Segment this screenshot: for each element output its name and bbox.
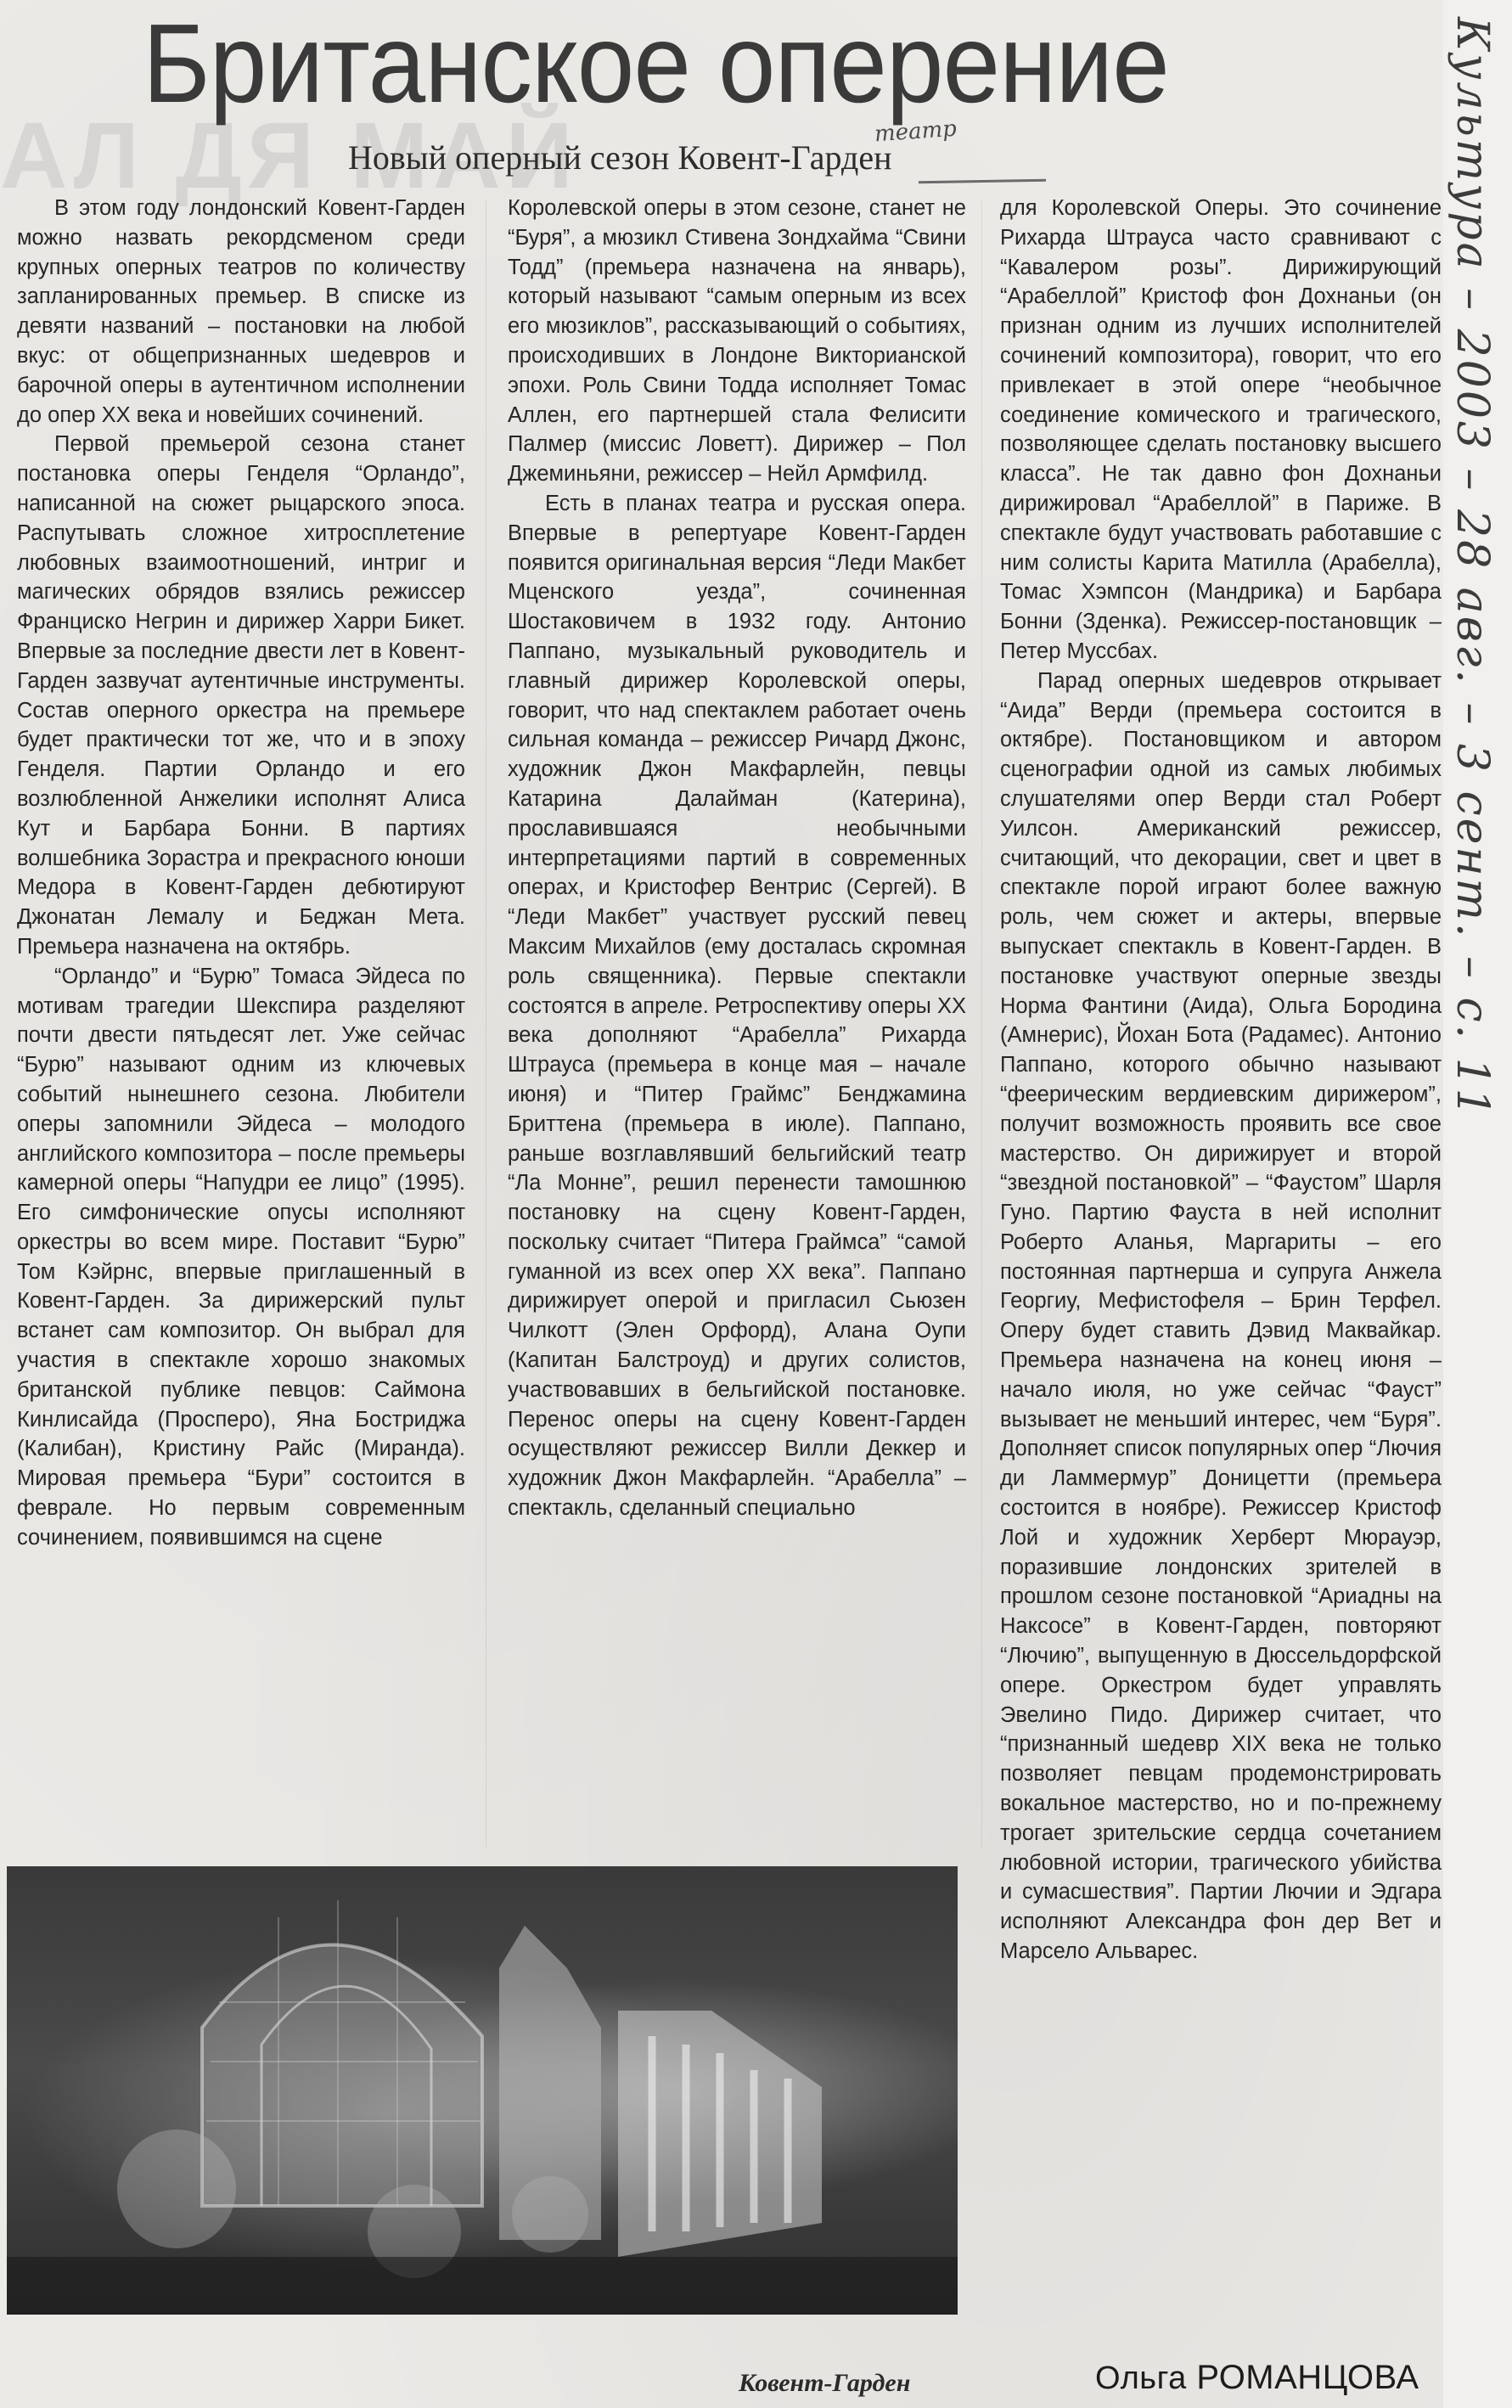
- opera-house-illustration: [7, 1866, 958, 2315]
- column-divider: [486, 200, 486, 1848]
- paragraph: Парад оперных шедевров открывает “Аида” …: [1000, 667, 1442, 1966]
- paragraph: В этом году лондонский Ковент-Гарден мож…: [17, 194, 465, 430]
- paragraph: для Королевской Оперы. Это сочинение Рих…: [1000, 194, 1442, 667]
- article-column-1: В этом году лондонский Ковент-Гарден мож…: [17, 194, 465, 1553]
- newspaper-clipping: АЛ ДЯ МАЙ Британское оперение театр Новы…: [0, 0, 1443, 2408]
- subheadline: Новый оперный сезон Ковент-Гарден: [348, 138, 892, 178]
- headline: Британское оперение: [143, 0, 1251, 127]
- photo-caption: Ковент-Гарден: [739, 2369, 910, 2398]
- covent-garden-photo: [7, 1866, 958, 2315]
- paragraph: Есть в планах театра и русская опера. Вп…: [508, 489, 966, 1523]
- author-byline: Ольга РОМАНЦОВА: [1095, 2359, 1419, 2397]
- margin-note-text: Культура – 2003 – 28 авг. – 3 сент. – с.…: [1447, 17, 1498, 1119]
- handwritten-underline: [919, 179, 1046, 184]
- paragraph: Королевской оперы в этом сезоне, станет …: [508, 194, 966, 489]
- paragraph: “Орландо” и “Бурю” Томаса Эйдеса по моти…: [17, 962, 465, 1553]
- paragraph: Первой премьерой сезона станет постановк…: [17, 430, 465, 961]
- author-last-name: РОМАНЦОВА: [1196, 2359, 1419, 2396]
- article-column-3: для Королевской Оперы. Это сочинение Рих…: [1000, 194, 1442, 1966]
- author-first-name: Ольга: [1095, 2360, 1187, 2396]
- handwritten-margin-note: Культура – 2003 – 28 авг. – 3 сент. – с.…: [1453, 17, 1504, 1121]
- article-column-2: Королевской оперы в этом сезоне, станет …: [508, 194, 966, 1523]
- column-divider: [981, 200, 982, 1848]
